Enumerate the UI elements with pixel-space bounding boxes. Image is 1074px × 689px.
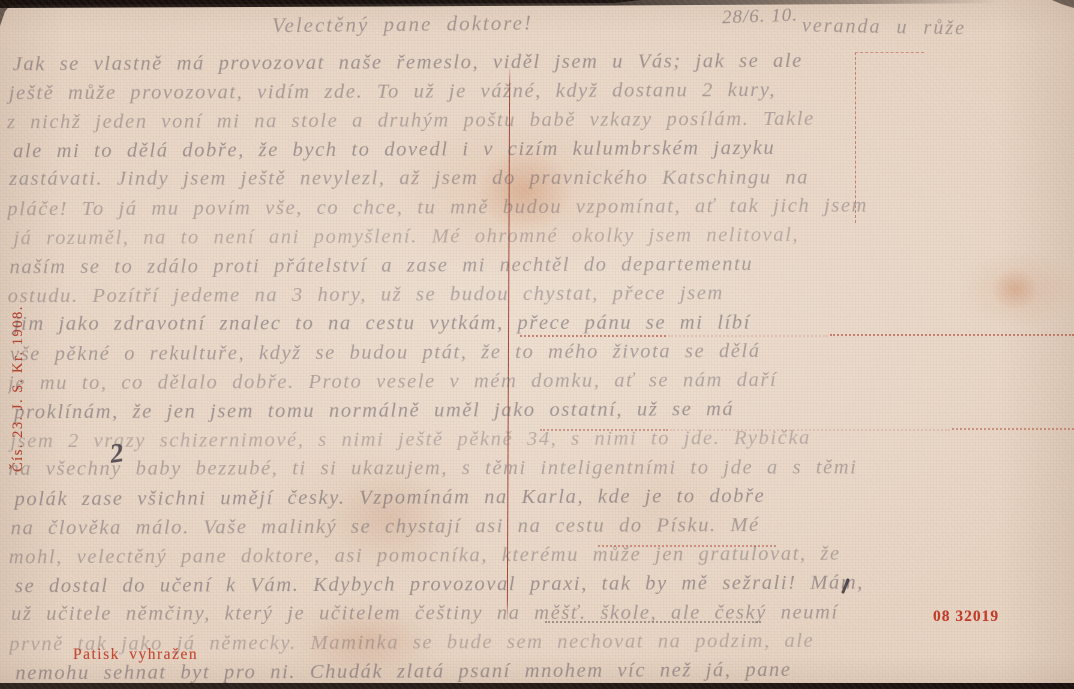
handwriting-line: se dostal do učení k Vám. Kdybych provoz…	[9, 568, 1071, 602]
handwriting-line: proklínám, že jen jsem tomu normálně umě…	[8, 394, 1070, 428]
handwriting-body: Jak se vlastně má provozovat naše řemesl…	[7, 46, 1072, 689]
dateline-date: 28/6. 10.	[722, 5, 799, 30]
handwriting-line: mohl, velectěný pane doktore, asi pomocn…	[9, 539, 1071, 573]
handwriting-line: na všechny baby bezzubé, ti si ukazujem,…	[8, 453, 1070, 484]
handwriting-line: ale mi to dělá dobře, že bych to dovedl …	[7, 133, 1069, 167]
handwriting-line: z nichž jeden voní mi na stole a druhým …	[7, 104, 1069, 138]
salutation: Velectěný pane doktore!	[272, 11, 533, 39]
handwriting-line: polák zase všichni umějí česky. Vzpomíná…	[9, 481, 1071, 515]
handwriting-line: ještě může provozovat, vidím zde. To už …	[7, 75, 1069, 109]
handwriting-line: pláče! To já mu povím vše, co chce, tu m…	[7, 191, 1069, 225]
handwriting-line: zastávati. Jindy jsem ještě nevylezl, až…	[7, 163, 1069, 194]
handwriting-line: prvně tak jako já německy. Maminka se bu…	[9, 626, 1071, 660]
handwriting-line: jim jako zdravotní znalec to na cestu vy…	[8, 308, 1070, 339]
dateline-place: veranda u růže	[802, 15, 966, 41]
handwriting-line: ostudu. Pozítří jedeme na 3 hory, už se …	[8, 278, 1070, 312]
handwriting-line: já rozuměl, na to není ani pomyšlení. Mé…	[7, 220, 1069, 254]
scan-edge-bottom	[0, 683, 1074, 689]
handwriting-line: na člověka málo. Vaše malinký se chystaj…	[9, 510, 1071, 544]
handwriting-line: Jak se vlastně má provozovat naše řemesl…	[7, 46, 1069, 80]
handwriting-line: už učitele němčiny, který je učitelem če…	[9, 598, 1071, 629]
handwriting-line: naším se to zdálo proti přátelství a zas…	[7, 249, 1069, 283]
handwriting-line: jsem 2 vrazy schizernimové, s nimi ještě…	[8, 423, 1070, 457]
handwriting-line: je mu to, co dělalo dobře. Proto vesele …	[8, 365, 1070, 399]
postcard-scan: Čís. 23. J. S. Kr. 1908. Patisk vyhražen…	[0, 0, 1074, 689]
handwriting-line: vše pěkné o rekultuře, když se budou ptá…	[8, 336, 1070, 370]
